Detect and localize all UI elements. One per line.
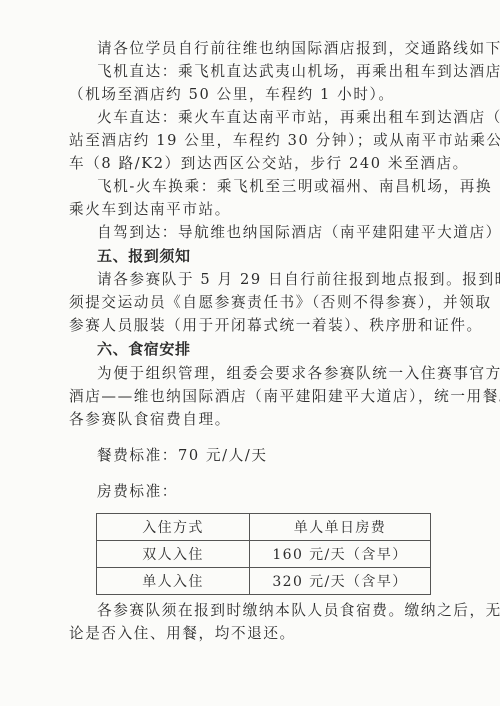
train-direct-text: 火车直达：乘火车直达南平市站，再乘出租车到达酒店（车 [97, 108, 431, 128]
accommodation-text: 为便于组织管理，组委会要求各参赛队统一入住赛事官方 [97, 364, 431, 384]
registration-text-cont2: 参赛人员服装（用于开闭幕式统一着装）、秩序册和证件。 [69, 316, 431, 336]
accommodation-text-cont2: 各参赛队食宿费自理。 [69, 410, 431, 430]
table-cell: 160 元/天（含早） [250, 541, 431, 568]
train-direct-text-cont: 站至酒店约 19 公里，车程约 30 分钟）；或从南平市站乘公交 [69, 131, 431, 151]
plane-train-transfer-text: 飞机-火车换乘：乘飞机至三明或福州、南昌机场，再换 [97, 177, 431, 197]
registration-text-cont: 须提交运动员《自愿参赛责任书》（否则不得参赛），并领取 [69, 293, 431, 313]
plane-direct-text: 飞机直达：乘飞机直达武夷山机场，再乘出租车到达酒店 [97, 62, 431, 82]
table-header-row: 入住方式 单人单日房费 [97, 514, 431, 541]
plane-direct-text-cont: （机场至酒店约 50 公里，车程约 1 小时）。 [69, 85, 431, 105]
document-page: 请各位学员自行前往维也纳国际酒店报到，交通路线如下： 飞机直达：乘飞机直达武夷山… [0, 0, 500, 706]
table-header-cell: 入住方式 [97, 514, 250, 541]
plane-train-transfer-text-cont: 乘火车到达南平市站。 [69, 200, 431, 220]
section-heading-registration: 五、报到须知 [97, 246, 431, 266]
room-fee-table: 入住方式 单人单日房费 双人入住 160 元/天（含早） 单人入住 320 元/… [96, 513, 431, 595]
payment-text: 各参赛队须在报到时缴纳本队人员食宿费。缴纳之后，无 [97, 601, 431, 621]
train-direct-text-cont2: 车（8 路/K2）到达西区公交站，步行 240 米至酒店。 [69, 154, 431, 174]
section-heading-accommodation: 六、食宿安排 [97, 339, 431, 359]
table-row: 单人入住 320 元/天（含早） [97, 568, 431, 595]
registration-text: 请各参赛队于 5 月 29 日自行前往报到地点报到。报到时 [97, 270, 431, 290]
table-row: 双人入住 160 元/天（含早） [97, 541, 431, 568]
room-standard-label: 房费标准： [97, 482, 431, 502]
self-drive-text: 自驾到达：导航维也纳国际酒店（南平建阳建平大道店） [97, 223, 431, 243]
table-cell: 320 元/天（含早） [250, 568, 431, 595]
payment-text-cont: 论是否入住、用餐，均不退还。 [69, 624, 431, 644]
transport-intro: 请各位学员自行前往维也纳国际酒店报到，交通路线如下： [97, 39, 431, 59]
table-cell: 单人入住 [97, 568, 250, 595]
accommodation-text-cont: 酒店——维也纳国际酒店（南平建阳建平大道店），统一用餐。 [69, 387, 431, 407]
table-cell: 双人入住 [97, 541, 250, 568]
meal-standard: 餐费标准：70 元/人/天 [97, 446, 431, 466]
table-header-cell: 单人单日房费 [250, 514, 431, 541]
